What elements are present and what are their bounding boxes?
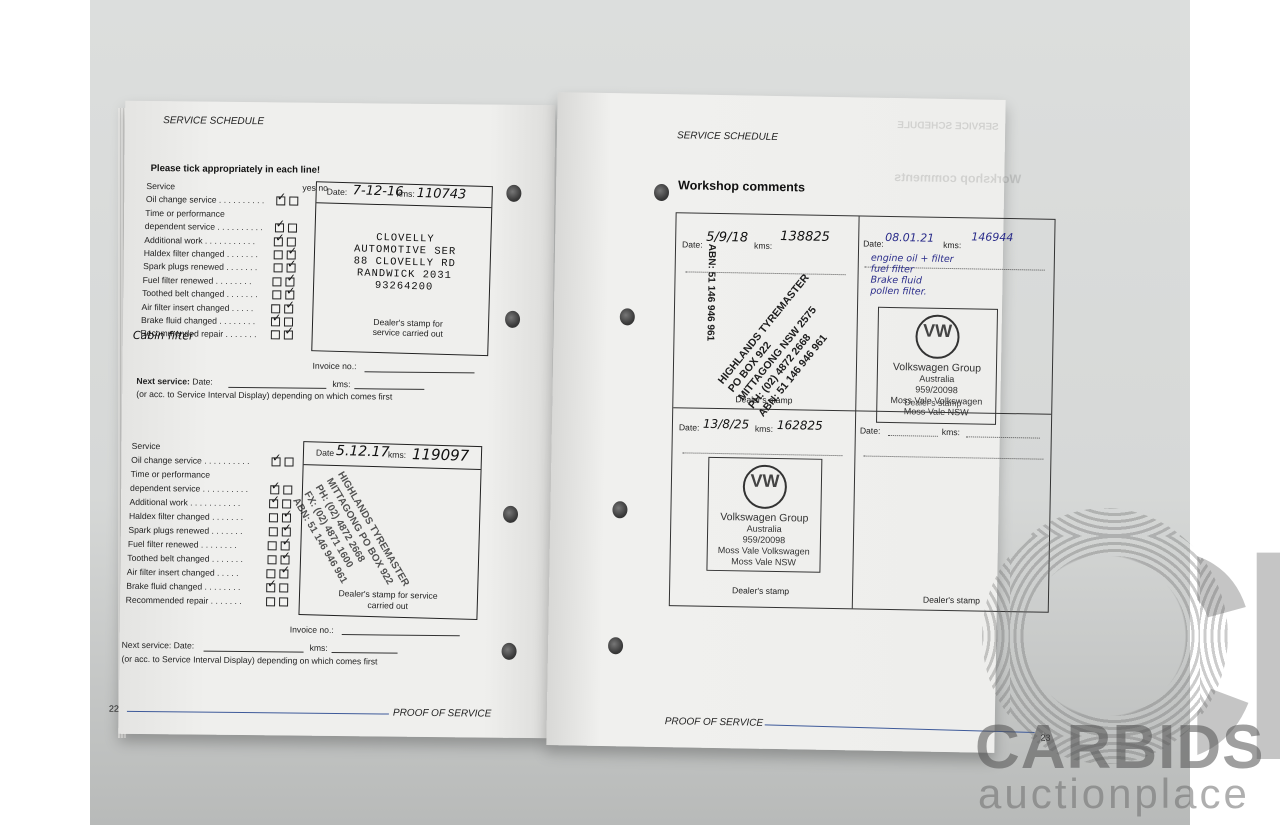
stamp-line: 93264200	[334, 279, 474, 295]
date-field[interactable]	[888, 435, 938, 437]
workshop-comment-text: engine oil + filter fuel filter Brake fl…	[870, 253, 954, 298]
next-kms-label: kms:	[310, 643, 328, 653]
footer-rule	[127, 711, 389, 715]
checkbox-yes[interactable]	[272, 291, 281, 300]
next-service-line: Next service: Date:	[136, 376, 213, 387]
comment-line-text: pollen filter.	[870, 286, 953, 298]
comment-line	[682, 452, 842, 456]
checkbox-yes[interactable]	[274, 237, 283, 246]
workshop-comments-grid: Date: 5/9/18 kms: 138825 ABN: 51 146 946…	[669, 212, 1056, 613]
checklist-label: dependent service . . . . . . . . . .	[130, 483, 248, 494]
date-value: 5.12.17	[336, 443, 390, 460]
checklist-label: Haldex filter changed . . . . . . .	[144, 248, 258, 259]
comment-cell-2: Date: 08.01.21 kms: 146944 engine oil + …	[856, 216, 1054, 413]
comment-cell-1: Date: 5/9/18 kms: 138825 ABN: 51 146 946…	[673, 213, 858, 410]
date-label: Date:	[327, 187, 348, 198]
checklist-label: Oil change service . . . . . . . . . .	[131, 455, 250, 466]
kms-value: 162825	[777, 418, 823, 433]
interval-note: (or acc. to Service Interval Display) de…	[136, 389, 392, 402]
page-number-left: 22	[109, 704, 119, 714]
checklist-label: Recommended repair . . . . . . .	[126, 595, 242, 606]
right-page: SERVICE SCHEDULE SERVICE SCHEDULE Worksh…	[546, 92, 1005, 753]
date-label: Date	[316, 447, 334, 458]
checklist-label: Service	[146, 181, 175, 191]
kms-label: kms:	[942, 427, 960, 437]
binder-hole	[654, 184, 669, 201]
kms-value: 110743	[416, 186, 466, 202]
binder-hole	[608, 637, 623, 654]
checkbox-no[interactable]	[284, 457, 293, 466]
tick-instruction: Please tick appropriately in each line!	[151, 163, 321, 176]
yes-column-label: yes	[302, 183, 315, 193]
checkbox-no[interactable]	[283, 331, 292, 340]
binder-hole	[503, 506, 518, 523]
checkbox-no[interactable]	[279, 597, 288, 606]
bleed-through-title: Workshop comments	[894, 170, 1021, 186]
checkbox-no[interactable]	[279, 583, 288, 592]
checklist-label: Additional work . . . . . . . . . . .	[129, 497, 240, 508]
binder-hole	[506, 185, 521, 202]
invoice-field[interactable]	[364, 371, 474, 373]
checkbox-yes[interactable]	[271, 457, 280, 466]
checklist-label: Service	[132, 441, 161, 451]
dealer-stamp-caption: Dealer's stamp	[735, 394, 792, 405]
checkbox-no[interactable]	[285, 304, 294, 313]
next-service-line: Next service: Date:	[122, 640, 195, 651]
checklist-label: Time or performance	[131, 469, 211, 480]
left-footer-title: PROOF OF SERVICE	[393, 708, 491, 720]
right-page-header: SERVICE SCHEDULE	[677, 130, 778, 143]
checkbox-no[interactable]	[280, 569, 289, 578]
comment-line[interactable]	[863, 456, 1043, 460]
next-date-field[interactable]	[228, 387, 326, 389]
abn-stamp-vertical: ABN: 51 146 946 961	[703, 244, 718, 342]
checkbox-yes[interactable]	[268, 527, 277, 536]
checklist-label: Air filter insert changed . . . . .	[142, 302, 254, 313]
checkbox-no[interactable]	[283, 485, 292, 494]
invoice-field[interactable]	[342, 634, 460, 636]
date-label: Date:	[863, 238, 884, 248]
date-value: 13/8/25	[703, 417, 750, 432]
comment-cell-3: Date: 13/8/25 kms: 162825 VW Volkswagen …	[670, 408, 855, 607]
box-divider	[304, 464, 481, 470]
checklist-label: Fuel filter renewed . . . . . . . .	[143, 275, 252, 286]
interval-note: (or acc. to Service Interval Display) de…	[121, 654, 377, 667]
vw-dealer-stamp: VW Volkswagen Group Australia 959/20098 …	[706, 457, 822, 573]
binder-hole	[505, 311, 520, 328]
dealer-stamp-box-2: Date 5.12.17 kms: 119097 HIGHLANDS TYREM…	[298, 441, 482, 620]
binder-hole	[501, 643, 516, 660]
checkbox-yes[interactable]	[274, 250, 283, 259]
checkbox-yes[interactable]	[266, 583, 275, 592]
date-label: Date:	[679, 422, 700, 432]
date-value: 08.01.21	[885, 231, 934, 245]
checklist-label: Additional work . . . . . . . . . . .	[144, 235, 255, 246]
checkbox-no[interactable]	[289, 197, 298, 206]
next-kms-field[interactable]	[354, 388, 424, 390]
kms-label: kms:	[397, 188, 415, 199]
workshop-comments-title: Workshop comments	[678, 178, 805, 194]
date-label: Date:	[682, 239, 703, 249]
dealer-stamp-caption: Dealer's stamp	[923, 595, 980, 606]
checklist-label: Brake fluid changed . . . . . . . .	[126, 581, 240, 592]
checklist-label: Toothed belt changed . . . . . . .	[142, 288, 258, 299]
checklist-label: Toothed belt changed . . . . . . .	[127, 553, 243, 564]
next-kms-label: kms:	[332, 379, 350, 389]
dealer-stamp-caption: Dealer's stamp	[732, 585, 789, 596]
left-page-header: SERVICE SCHEDULE	[163, 115, 264, 127]
checklist-label: Haldex filter changed . . . . . . .	[129, 511, 243, 522]
dealer-stamp-caption: Dealer's stamp	[904, 397, 961, 408]
dealer-stamp-box-1: Date: 7-12-16 kms: 110743 CLOVELLY AUTOM…	[311, 181, 493, 356]
checklist-label: Air filter insert changed . . . . .	[127, 567, 239, 578]
kms-label: kms:	[755, 424, 773, 434]
left-page: SERVICE SCHEDULE Please tick appropriate…	[119, 101, 556, 738]
watermark-tagline: auctionplace	[978, 770, 1250, 818]
clovelly-automotive-stamp: CLOVELLY AUTOMOTIVE SER 88 CLOVELLY RD R…	[334, 231, 476, 295]
checklist-label: Time or performance	[145, 208, 225, 219]
checkbox-no[interactable]	[288, 224, 297, 233]
checkbox-yes[interactable]	[269, 513, 278, 522]
kms-value: 138825	[780, 229, 830, 245]
next-date-field[interactable]	[204, 651, 304, 653]
vw-logo-icon: VW	[915, 314, 960, 359]
checkbox-yes[interactable]	[266, 597, 275, 606]
kms-label: kms:	[754, 241, 772, 251]
checklist-label: Fuel filter renewed . . . . . . . .	[128, 539, 237, 550]
checkbox-yes[interactable]	[276, 197, 285, 206]
box-divider	[316, 202, 491, 208]
stamp-caption: Dealer's stamp for service carried out	[363, 317, 454, 340]
date-label: Date:	[860, 425, 881, 435]
right-footer-title: PROOF OF SERVICE	[665, 716, 764, 729]
next-date-label: Date:	[192, 376, 213, 386]
checklist-label: Spark plugs renewed . . . . . . .	[128, 525, 242, 536]
checklist-label: Brake fluid changed . . . . . . . .	[141, 315, 255, 326]
invoice-label: Invoice no.:	[313, 361, 357, 371]
next-service-label: Next service:	[122, 640, 172, 651]
checkbox-yes[interactable]	[273, 264, 282, 273]
vw-logo-icon: VW	[742, 464, 787, 509]
handwritten-note: Cabin filter	[133, 329, 194, 343]
checklist-label: Spark plugs renewed . . . . . . .	[143, 261, 257, 272]
binder-hole	[620, 308, 635, 325]
checkbox-yes[interactable]	[267, 555, 276, 564]
kms-label: kms:	[943, 240, 961, 250]
invoice-label: Invoice no.:	[290, 625, 334, 635]
checkbox-yes[interactable]	[271, 317, 280, 326]
kms-label: kms:	[388, 449, 406, 460]
checklist-label: dependent service . . . . . . . . . .	[145, 221, 263, 232]
checklist-label: Oil change service . . . . . . . . . .	[146, 194, 265, 205]
checkbox-yes[interactable]	[269, 499, 278, 508]
bleed-through-header: SERVICE SCHEDULE	[897, 120, 999, 133]
kms-field[interactable]	[966, 436, 1040, 438]
kms-value: 146944	[971, 230, 1013, 244]
checkbox-yes[interactable]	[273, 277, 282, 286]
next-date-label: Date:	[174, 640, 195, 650]
binder-hole	[612, 501, 627, 518]
kms-value: 119097	[412, 445, 470, 465]
next-kms-field[interactable]	[332, 652, 398, 654]
stamp-line: Moss Vale NSW	[707, 556, 819, 569]
next-service-label: Next service:	[136, 376, 190, 387]
checkbox-yes[interactable]	[270, 331, 279, 340]
stamp-caption: Dealer's stamp for service carried out	[328, 588, 449, 613]
checkbox-yes[interactable]	[268, 541, 277, 550]
